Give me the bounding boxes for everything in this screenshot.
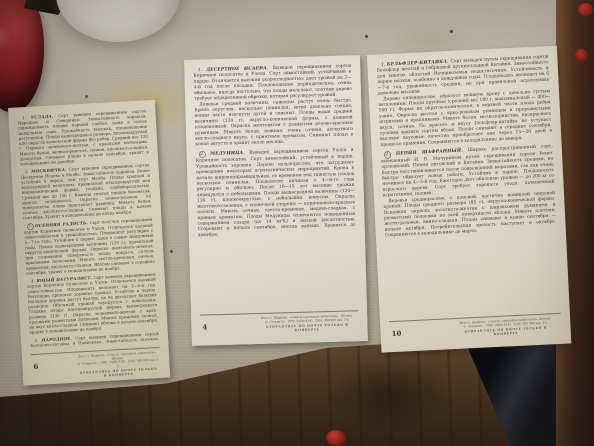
postcard-middle: 1. ДЕСЕРТНОЕ ИСАЕВА. Выведен скрещивание…: [184, 55, 368, 346]
variety-entry: 2. ПЕПИН ШАФРАННЫЙ. Широко распространен…: [381, 143, 557, 238]
postcard-right: 1. БЕЛЬФЛЕР-КИТАЙКА. Сорт выведен путем …: [367, 46, 571, 353]
colophon-line3: ОТПРАВЛЯТЬ ПО ПОЧТЕ ТОЛЬКО В КОНВЕРТЕ: [257, 323, 357, 333]
postcard-middle-text: 1. ДЕСЕРТНОЕ ИСАЕВА. Выведен скрещивание…: [193, 63, 358, 309]
apple-highlight: [0, 22, 10, 52]
entry-number: 1.: [22, 116, 26, 121]
colophon: Фото О. Жаркова. «Советы садоводам-любит…: [257, 314, 357, 340]
entry-number: 4.: [31, 279, 35, 284]
variety-entry: 2. МЕДУНИЦА. Выведен скрещиванием сортов…: [196, 147, 356, 239]
imprint-divider: 10 Фото О. Жаркова. «Советы садоводам-лю…: [389, 313, 562, 348]
variety-entry: 2. МОСКВИЧКА. Сорт выведен скрещиванием …: [20, 162, 152, 221]
page-number: 6: [33, 362, 38, 371]
postcard-right-text: 1. БЕЛЬФЛЕР-КИТАЙКА. Сорт выведен путем …: [376, 54, 560, 318]
variety-text-2: Деревья среднерослые, с плоской, частичн…: [383, 190, 557, 238]
photo-of-postcards: 1. УСЛАДА. Сорт выведен скрещиванием сор…: [0, 0, 594, 446]
entry-number: 1.: [198, 68, 202, 73]
postcard-left-text: 1. УСЛАДА. Сорт выведен скрещиванием сор…: [17, 108, 159, 347]
variety-text: Выведен скрещиванием сортов Уэлси и Кори…: [196, 147, 356, 237]
entry-number: 5.: [34, 338, 38, 343]
variety-entry: 1. БЕЛЬФЛЕР-КИТАЙКА. Сорт выведен путем …: [376, 54, 552, 148]
variety-entry: 1. УСЛАДА. Сорт выведен скрещиванием сор…: [17, 108, 149, 167]
imprint-divider: 6 Фото О. Жаркова. «Советы садоводам-люб…: [31, 347, 161, 381]
page-number: 4: [202, 322, 207, 331]
entry-number: 2.: [25, 170, 29, 175]
red-berry-top: [578, 3, 593, 16]
variety-entry: 4. ЮНЫЙ НАТУРАЛИСТ. Сорт выведен скрещив…: [27, 272, 159, 336]
variety-entry: 3. ОСЕННЯЯ РАДОСТЬ. Сорт получен скрещив…: [23, 216, 155, 276]
colophon: Фото О. Жаркова. «Советы садоводам-любит…: [77, 351, 159, 379]
postcard-left: 1. УСЛАДА. Сорт выведен скрещиванием сор…: [8, 100, 170, 386]
page-number: 10: [391, 329, 401, 338]
small-red-fruit: [326, 430, 346, 446]
colophon: Фото О. Жаркова. «Советы садоводам-любит…: [451, 317, 560, 345]
red-berry-lower: [575, 49, 588, 62]
variety-entry: 1. ДЕСЕРТНОЕ ИСАЕВА. Выведен скрещивание…: [193, 63, 353, 147]
variety-text-2: Деревья средней величины, саженцы растут…: [194, 98, 353, 148]
entry-number: 1.: [381, 62, 385, 67]
variety-text-2: Дерево сильнорослое, образует мощную кро…: [378, 88, 552, 148]
variety-title: МЕДУНИЦА.: [210, 150, 245, 156]
imprint-divider: 4 Фото О. Жаркова. «Советы садоводам-люб…: [200, 310, 359, 341]
